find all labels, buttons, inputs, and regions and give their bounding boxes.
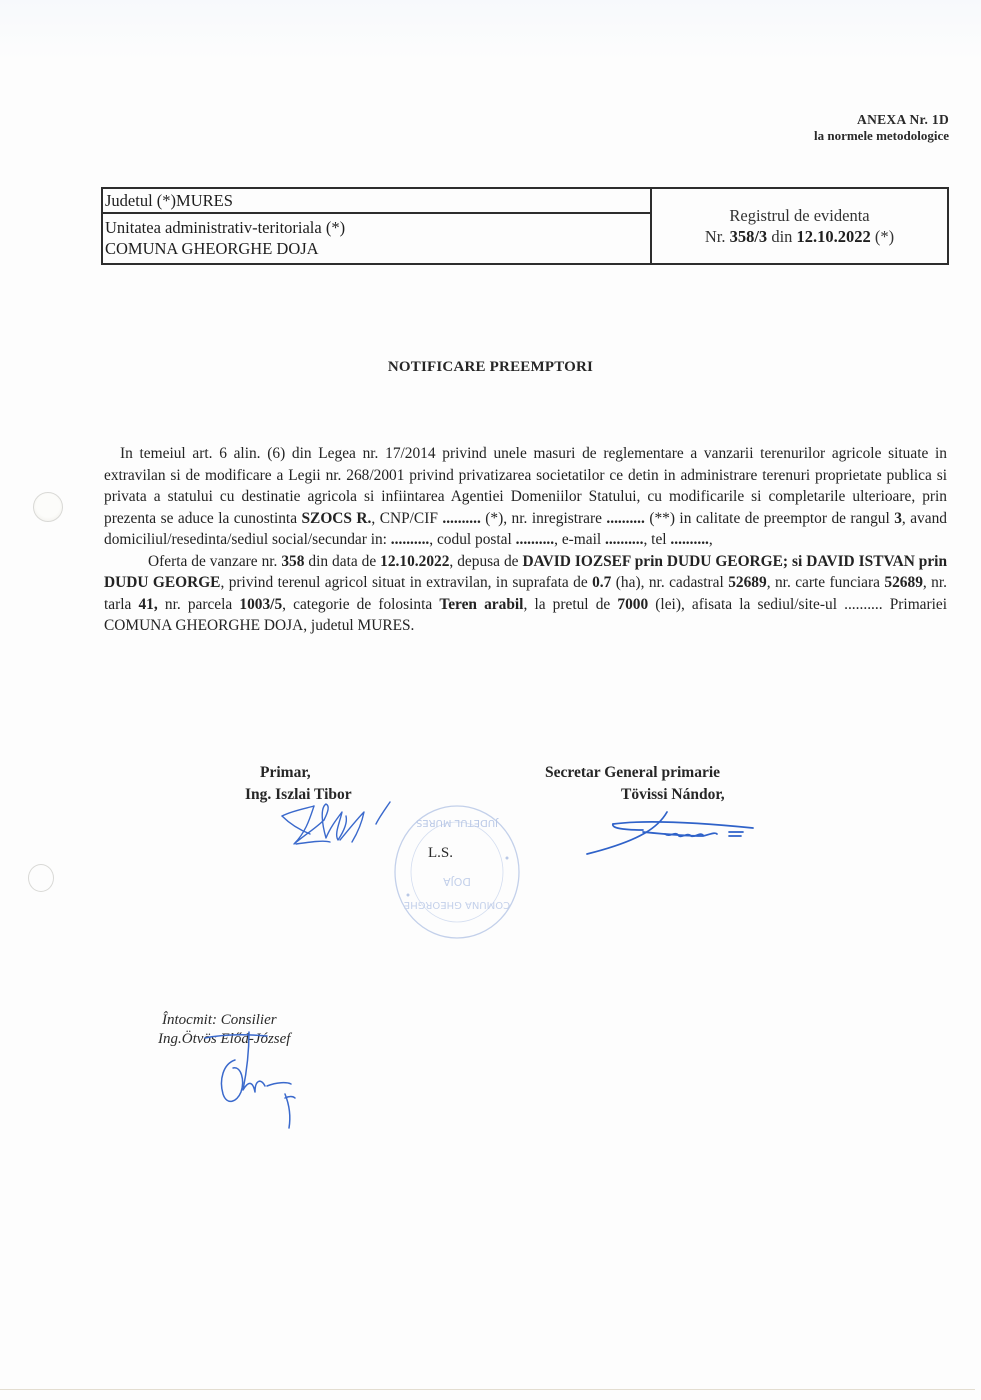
preparer-handwritten-signature [205, 1030, 315, 1130]
land-book-number: 52689 [884, 574, 922, 591]
paragraph-offer: Oferta de vanzare nr. 358 din data de 12… [104, 551, 947, 637]
land-area: 0.7 [592, 574, 611, 591]
register-date: 12.10.2022 [797, 227, 871, 246]
secretary-name: Tövissi Nándor, [545, 784, 725, 806]
secretary-title: Secretar General primarie [545, 762, 725, 784]
domicile-value: .......... [391, 531, 429, 548]
cnp-label: , CNP/CIF [371, 510, 442, 527]
end-punct: , [709, 531, 713, 548]
register-cell: Registrul de evidenta Nr. 358/3 din 12.1… [652, 189, 947, 263]
offer-date: 12.10.2022 [380, 553, 449, 570]
cnp-value: .......... [442, 510, 480, 527]
page-bottom-edge [0, 1389, 975, 1390]
header-left-cell: Judetul (*)MURES Unitatea administrativ-… [103, 189, 652, 263]
register-prefix: Nr. [705, 227, 726, 246]
offer-number: 358 [281, 553, 304, 570]
svg-text:COMUNA GHEORGHE: COMUNA GHEORGHE [404, 899, 510, 910]
svg-text:JUDETUL MURES: JUDETUL MURES [416, 817, 499, 828]
seal-placeholder-ls: L.S. [428, 845, 453, 862]
offer-text: , nr. carte funciara [767, 574, 885, 591]
reg-value: .......... [606, 510, 644, 527]
punch-hole-top [33, 492, 63, 522]
punch-hole-bottom [28, 864, 54, 892]
county-label: Judetul (*) [105, 191, 176, 210]
postal-label: , codul postal [429, 531, 515, 548]
uat-value: COMUNA GHEORGHE DOJA [105, 238, 652, 259]
price: 7000 [617, 596, 648, 613]
register-entry: Nr. 358/3 din 12.10.2022 (*) [652, 226, 947, 247]
preemptor-name: SZOCS R. [302, 510, 372, 527]
offer-text: , privind terenul agricol situat in extr… [220, 574, 592, 591]
cadastral-number: 52689 [728, 574, 766, 591]
offer-text: , la pretul de [523, 596, 617, 613]
use-category: Teren arabil [439, 596, 523, 613]
tel-label: , tel [643, 531, 670, 548]
paragraph-legal-basis: In temeiul art. 6 alin. (6) din Legea nr… [104, 443, 947, 551]
annex-subtitle: la normele metodologice [814, 128, 949, 144]
rank-value: 3 [894, 510, 902, 527]
register-din: din [771, 227, 792, 246]
offer-text: din data de [304, 553, 380, 570]
secretary-handwritten-signature [583, 810, 763, 858]
county-value: MURES [176, 191, 233, 210]
svg-text:DOJA: DOJA [443, 875, 471, 888]
offer-text: , depusa de [449, 553, 522, 570]
rank-label: (**) in calitate de preemptor de rangul [645, 510, 894, 527]
email-label: , e-mail [554, 531, 605, 548]
county-row: Judetul (*)MURES [103, 189, 650, 214]
parcel-number: 1003/5 [239, 596, 282, 613]
secretary-signature-block: Secretar General primarie Tövissi Nándor… [545, 762, 725, 806]
tarla-number: 41, [138, 596, 157, 613]
mayor-handwritten-signature [280, 798, 400, 860]
uat-row: Unitatea administrativ-teritoriala (*) C… [103, 214, 652, 259]
postal-value: .......... [516, 531, 554, 548]
register-suffix: (*) [875, 227, 894, 246]
mayor-title: Primar, [245, 762, 352, 784]
reg-label: (*), nr. inregistrare [481, 510, 607, 527]
prepared-by-role: Întocmit: Consilier [158, 1011, 290, 1030]
scan-top-shade [0, 0, 981, 60]
annex-reference: ANEXA Nr. 1D la normele metodologice [814, 112, 949, 144]
annex-number: ANEXA Nr. 1D [814, 112, 949, 128]
official-seal-stamp: JUDETUL MURES DOJA COMUNA GHEORGHE [390, 800, 525, 940]
register-title: Registrul de evidenta [652, 205, 947, 226]
uat-label: Unitatea administrativ-teritoriala (*) [105, 217, 652, 238]
document-title: NOTIFICARE PREEMPTORI [0, 359, 981, 376]
offer-text: nr. parcela [158, 596, 240, 613]
offer-text: Oferta de vanzare nr. [148, 553, 281, 570]
offer-text: (ha), nr. cadastral [611, 574, 728, 591]
header-table: Judetul (*)MURES Unitatea administrativ-… [101, 187, 949, 265]
tel-value: .......... [670, 531, 708, 548]
email-value: .......... [605, 531, 643, 548]
register-number: 358/3 [730, 227, 768, 246]
notification-body: In temeiul art. 6 alin. (6) din Legea nr… [104, 443, 947, 637]
offer-text: , categorie de folosinta [282, 596, 439, 613]
